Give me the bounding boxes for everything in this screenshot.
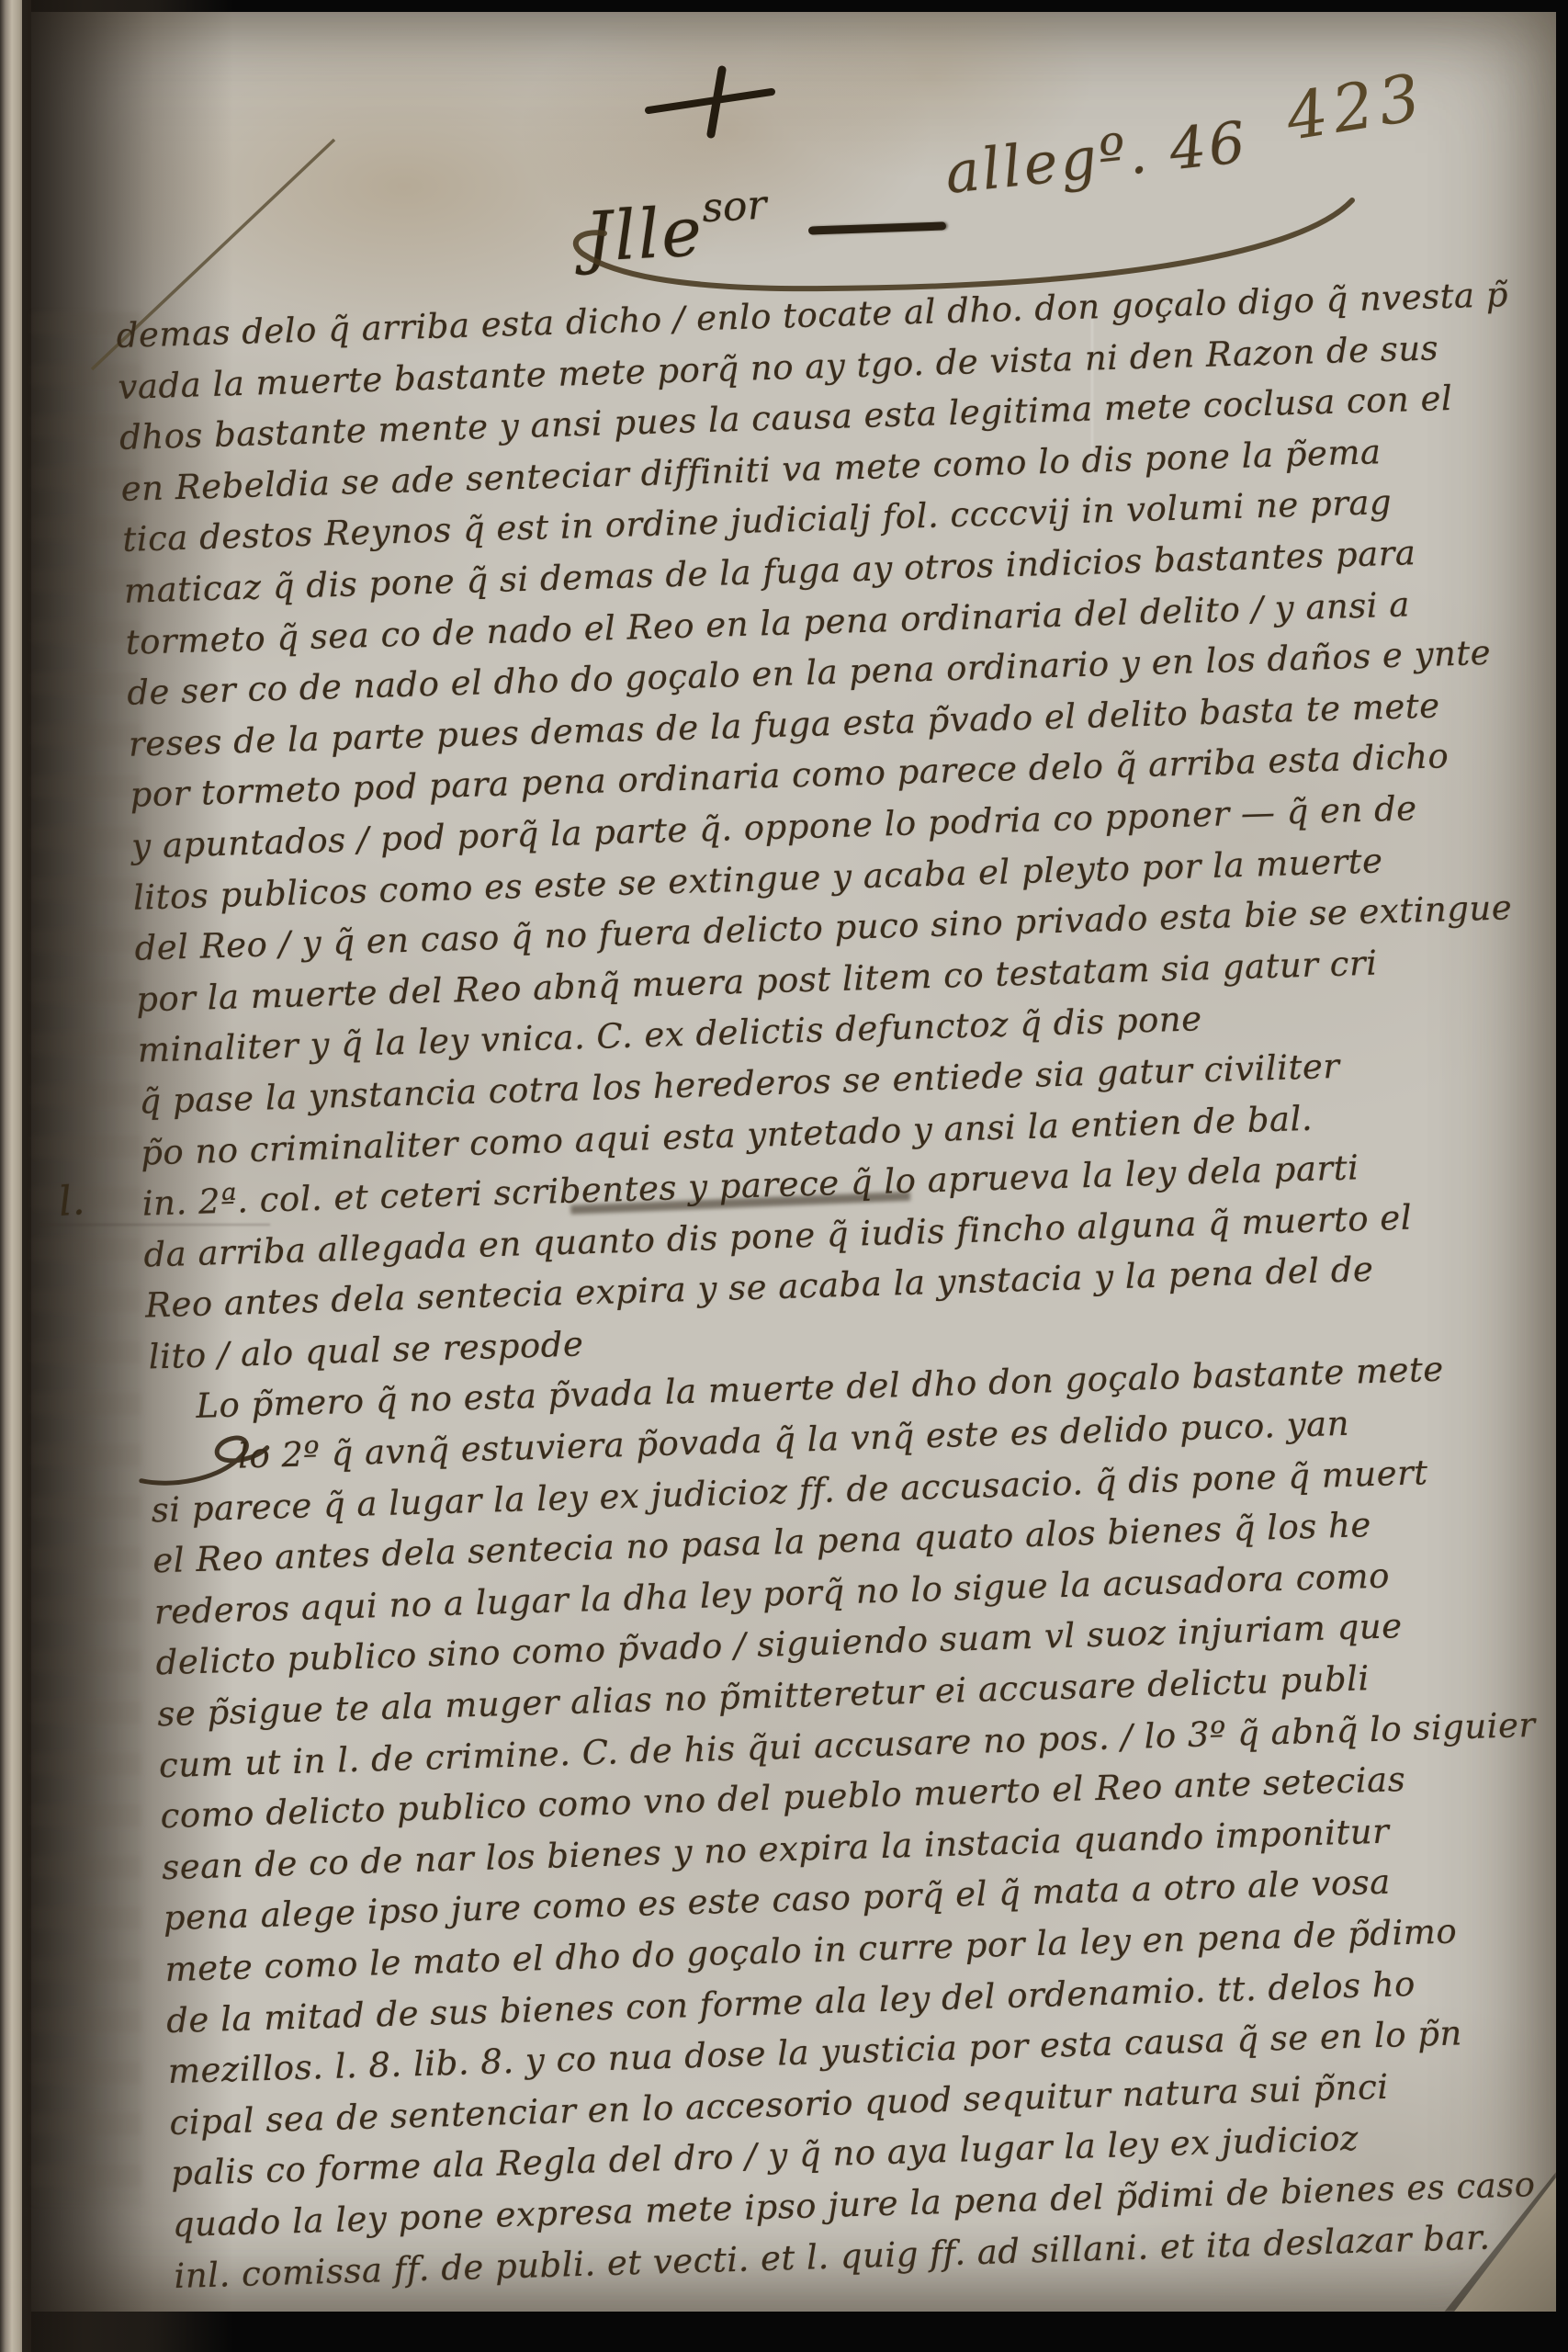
margin-mark: l. — [57, 1177, 86, 1226]
paragraph-flourish — [132, 1424, 272, 1492]
manuscript-scan: Jllesor allegº. 46 423 demas delo q̃ arr… — [0, 0, 1568, 2352]
manuscript-text-block: demas delo q̃ arriba esta dicho / enlo t… — [116, 268, 1568, 2301]
cross-icon — [632, 62, 788, 140]
manuscript-lines: demas delo q̃ arriba esta dicho / enlo t… — [116, 268, 1568, 2301]
fold-flap — [1435, 2172, 1556, 2312]
folded-corner — [1435, 2172, 1556, 2312]
